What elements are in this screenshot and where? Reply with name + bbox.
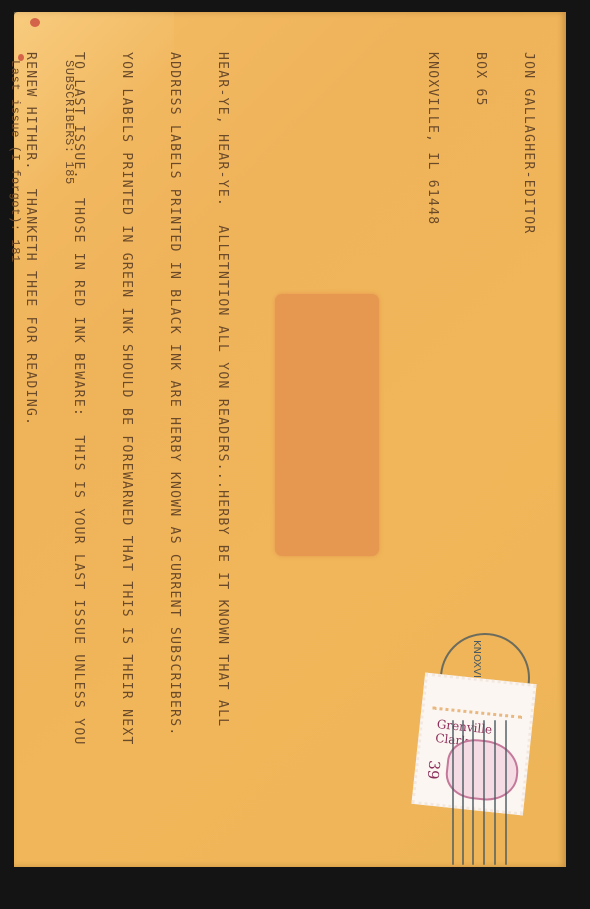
return-address: JON GALLAGHER-EDITOR BOX 65 KNOXVILLE, I… xyxy=(408,52,568,235)
notice-line: YON LABELS PRINTED IN GREEN INK SHOULD B… xyxy=(118,52,134,746)
cancellation-line xyxy=(452,720,454,865)
postage-stamp: Grenville Clark 39 xyxy=(411,673,536,816)
stamp-value: 39 xyxy=(424,759,444,780)
return-address-line: JON GALLAGHER-EDITOR xyxy=(520,52,536,235)
notice-line: HEAR-YE, HEAR-YE. ALLETNTION ALL YON REA… xyxy=(214,52,230,746)
cancellation-line xyxy=(462,720,464,865)
cancellation-line xyxy=(494,720,496,865)
address-label-area xyxy=(275,294,379,556)
notice-line: ADDRESS LABELS PRINTED IN BLACK INK ARE … xyxy=(166,52,182,746)
cancellation-line xyxy=(472,720,474,865)
return-address-line: BOX 65 xyxy=(472,52,488,235)
cancellation-line xyxy=(505,720,507,865)
subscriber-count: SUBSCRIBERS: 185 xyxy=(60,60,78,263)
cancellation-line xyxy=(483,720,485,865)
subscriber-counts: SUBSCRIBERS: 185 Last issue (I forgot): … xyxy=(0,60,114,263)
return-address-line: KNOXVILLE, IL 61448 xyxy=(424,52,440,235)
red-stain xyxy=(30,18,40,27)
last-issue-count: Last issue (I forgot): 181 xyxy=(6,60,24,263)
